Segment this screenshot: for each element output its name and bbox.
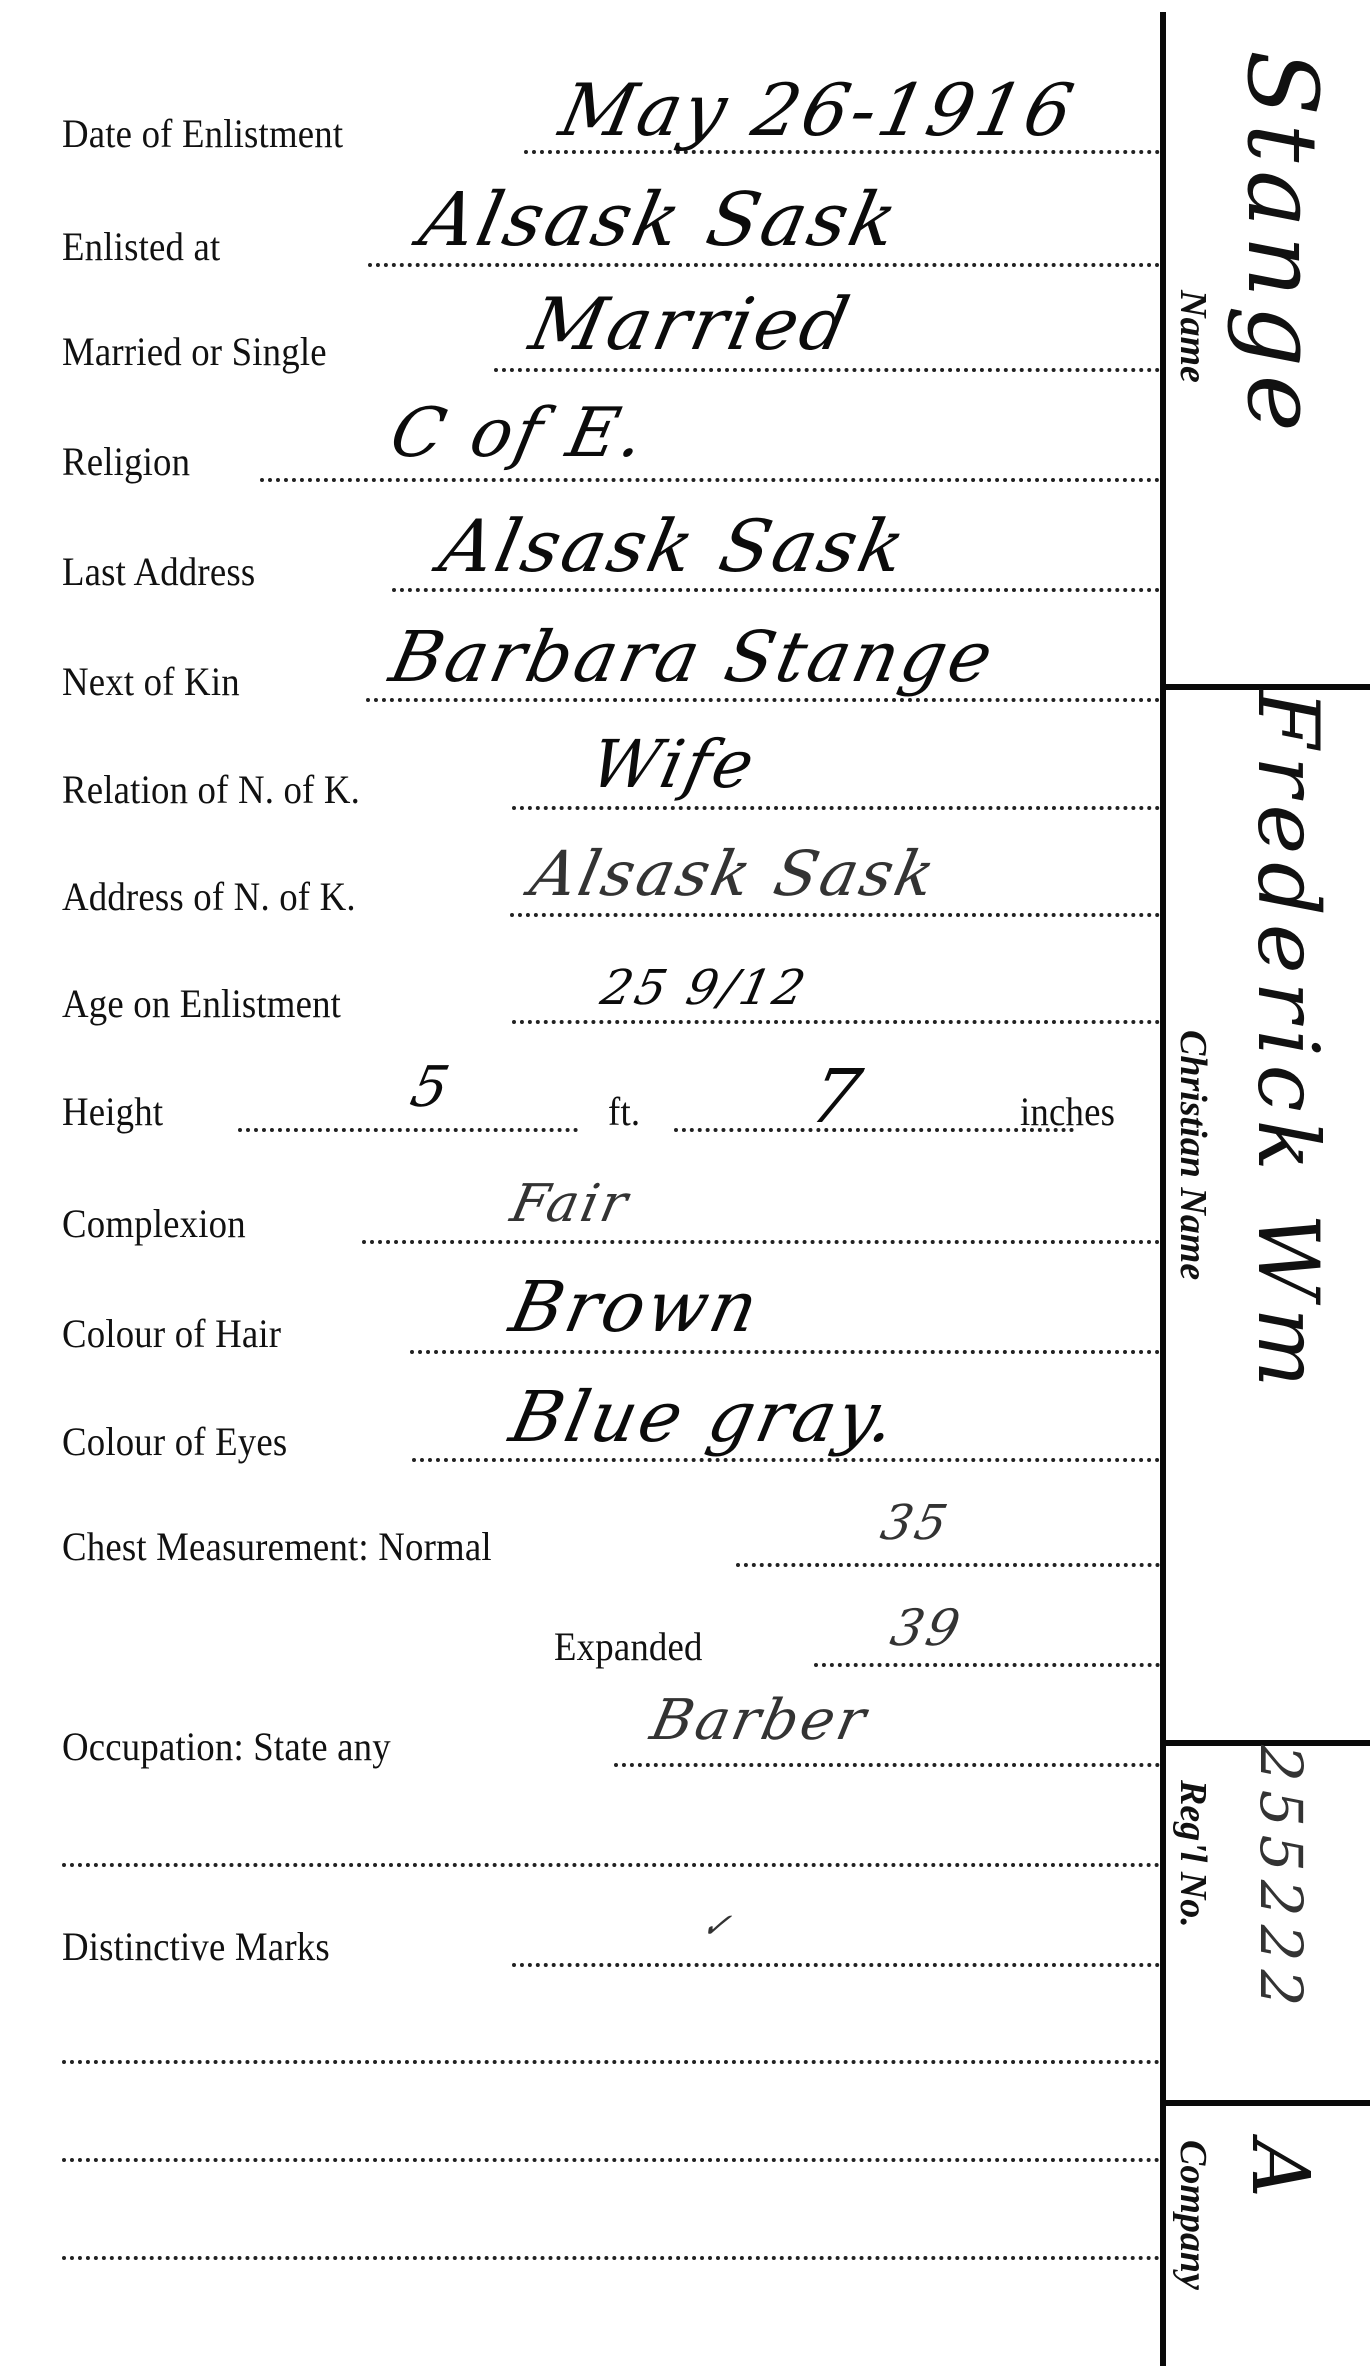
dotted-line <box>62 2060 1160 2064</box>
dotted-line <box>510 913 1160 917</box>
dotted-line <box>512 1020 1160 1024</box>
field-age-on-enlistment: Age on Enlistment 25 9/12 <box>62 970 1160 1030</box>
label-relation-of-nok: Relation of N. of K. <box>62 770 360 810</box>
label-last-address: Last Address <box>62 552 255 592</box>
dotted-line <box>392 588 1160 592</box>
label-colour-of-hair: Colour of Hair <box>62 1314 281 1354</box>
field-blank-line-1 <box>62 2010 1160 2070</box>
value-height-in: 7 <box>804 1060 870 1134</box>
value-age-on-enlistment: 25 9/12 <box>597 964 812 1012</box>
field-date-of-enlistment: Date of Enlistment May 26-1916 <box>62 100 1160 160</box>
label-occupation: Occupation: State any <box>62 1727 391 1767</box>
label-date-of-enlistment: Date of Enlistment <box>62 114 343 154</box>
dotted-line <box>362 1240 1160 1244</box>
label-colour-of-eyes: Colour of Eyes <box>62 1422 287 1462</box>
label-christian-name: Christian Name <box>1174 1030 1212 1280</box>
label-age-on-enlistment: Age on Enlistment <box>62 984 341 1024</box>
label-married-or-single: Married or Single <box>62 332 327 372</box>
dotted-line <box>512 806 1160 810</box>
dotted-line <box>368 263 1160 267</box>
field-occupation-continued <box>62 1813 1160 1873</box>
value-christian-name: Frederick Wm <box>1246 690 1330 1395</box>
value-married-or-single: Married <box>524 288 858 360</box>
field-colour-of-hair: Colour of Hair Brown <box>62 1300 1160 1360</box>
label-chest-normal: Chest Measurement: Normal <box>62 1527 492 1567</box>
field-married-or-single: Married or Single Married <box>62 318 1160 378</box>
label-name: Name <box>1174 290 1212 383</box>
dotted-line <box>512 1963 1160 1967</box>
field-chest-normal: Chest Measurement: Normal 35 <box>62 1513 1160 1573</box>
label-complexion: Complexion <box>62 1204 246 1244</box>
label-religion: Religion <box>62 442 190 482</box>
field-enlisted-at: Enlisted at Alsask Sask <box>62 213 1160 273</box>
dotted-line <box>674 1128 1074 1132</box>
dotted-line <box>410 1350 1160 1354</box>
value-date-of-enlistment: May 26-1916 <box>554 74 1082 146</box>
field-last-address: Last Address Alsask Sask <box>62 538 1160 598</box>
value-religion: C of E. <box>385 400 653 468</box>
dotted-line <box>412 1458 1160 1462</box>
label-ft: ft. <box>608 1092 640 1132</box>
label-height: Height <box>62 1092 163 1132</box>
value-enlisted-at: Alsask Sask <box>414 183 906 257</box>
label-company: Company <box>1174 2140 1212 2290</box>
sidebar-vertical-rule <box>1160 12 1166 2366</box>
value-address-of-nok: Alsask Sask <box>525 843 942 905</box>
value-name: Stange <box>1234 50 1330 440</box>
field-colour-of-eyes: Colour of Eyes Blue gray. <box>62 1408 1160 1468</box>
label-enlisted-at: Enlisted at <box>62 227 220 267</box>
dotted-line <box>238 1128 578 1132</box>
value-company: A <box>1240 2140 1320 2206</box>
field-address-of-nok: Address of N. of K. Alsask Sask <box>62 863 1160 923</box>
dotted-line <box>736 1563 1160 1567</box>
value-chest-normal: 35 <box>877 1499 954 1547</box>
value-colour-of-eyes: Blue gray. <box>505 1382 905 1452</box>
field-next-of-kin: Next of Kin Barbara Stange <box>62 648 1160 708</box>
field-relation-of-nok: Relation of N. of K. Wife <box>62 756 1160 816</box>
value-relation-of-nok: Wife <box>585 732 762 798</box>
divider-regt-no <box>1163 2100 1370 2106</box>
field-height: Height 5 ft. 7 inches <box>62 1078 1160 1138</box>
value-distinctive-marks: ✓ <box>698 1909 737 1943</box>
dotted-line <box>614 1763 1160 1767</box>
label-address-of-nok: Address of N. of K. <box>62 877 356 917</box>
dotted-line <box>260 478 1160 482</box>
value-last-address: Alsask Sask <box>434 510 914 582</box>
dotted-line <box>814 1663 1160 1667</box>
value-chest-expanded: 39 <box>887 1603 967 1653</box>
dotted-line <box>366 698 1160 702</box>
dotted-line <box>62 2158 1160 2162</box>
field-religion: Religion C of E. <box>62 428 1160 488</box>
dotted-line <box>62 1863 1160 1867</box>
label-chest-expanded: Expanded <box>554 1627 703 1667</box>
field-occupation: Occupation: State any Barber <box>62 1713 1160 1773</box>
value-next-of-kin: Barbara Stange <box>385 622 1002 692</box>
dotted-line <box>494 368 1160 372</box>
label-distinctive-marks: Distinctive Marks <box>62 1927 330 1967</box>
label-regt-no: Reg'l No. <box>1174 1780 1212 1928</box>
attestation-card: Date of Enlistment May 26-1916 Enlisted … <box>0 0 1370 2366</box>
value-height-ft: 5 <box>406 1060 457 1116</box>
value-regt-no: 255222 <box>1252 1745 1310 2014</box>
field-complexion: Complexion Fair <box>62 1190 1160 1250</box>
field-blank-line-3 <box>62 2206 1160 2266</box>
field-blank-line-2 <box>62 2108 1160 2168</box>
label-inches: inches <box>1020 1092 1115 1132</box>
dotted-line <box>62 2256 1160 2260</box>
value-complexion: Fair <box>506 1178 634 1230</box>
field-distinctive-marks: Distinctive Marks ✓ <box>62 1913 1160 1973</box>
value-colour-of-hair: Brown <box>505 1272 767 1342</box>
value-occupation: Barber <box>646 1693 873 1749</box>
label-next-of-kin: Next of Kin <box>62 662 240 702</box>
field-chest-expanded: Expanded 39 <box>62 1613 1160 1673</box>
